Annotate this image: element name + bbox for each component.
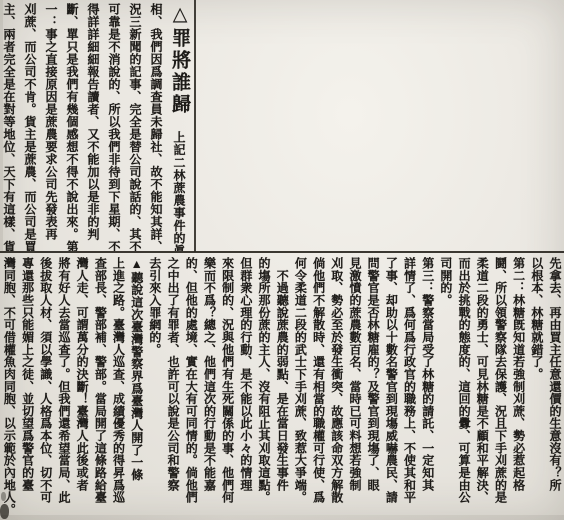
article-opening-text: 上記二林蔗農事件的眞 xyxy=(172,131,186,251)
text-column: 詳情了、爲何爲行政官的職務上、不使其和平 xyxy=(400,257,418,518)
text-column: 上進之路。臺灣人巡查、成績優秀的得昇爲巡 xyxy=(109,257,127,518)
text-column: 的塲所那份蔗的主人、沒有阻止其刈取這點。 xyxy=(255,257,273,518)
text-column: ▲聽說這次臺灣警察界爲臺灣人開了一條 xyxy=(128,257,146,518)
text-column: 問警官是否林糖雇的？及警官到現塲了、眼 xyxy=(364,257,382,518)
top-article-block: △罪將誰歸上記二林蔗農事件的眞 相、我們因爲調查員未歸社、故不能知其詳、況三新聞… xyxy=(2,3,192,251)
horizontal-divider-rule xyxy=(0,251,564,253)
vertical-divider-rule xyxy=(194,0,196,252)
article-title: △罪將誰歸 xyxy=(169,3,190,116)
text-column: 灣人走、可謂萬分的決斷！臺灣人此後或者 xyxy=(73,257,91,518)
text-column: 相、我們因爲調查員未歸社、故不能知其詳、 xyxy=(145,3,166,251)
scan-smudge xyxy=(1,492,6,501)
text-column: 何令柔道二段的武士下手刈蔗、致惹大爭端。 xyxy=(291,257,309,518)
text-column: 不過聽說蔗農的弱點、是在當日發生事件 xyxy=(273,257,291,518)
text-column: 倘他們不解散時、還有相當的職權可行使、爲 xyxy=(309,257,327,518)
text-column: 先拿去、再由買主任意還價的生意沒有？所 xyxy=(546,257,564,518)
text-column: 斷、單只是我們有幾個感想不得不說出來。第 xyxy=(61,3,82,251)
text-column: 去引來入罪網的。 xyxy=(146,257,164,518)
text-column: 司開的。 xyxy=(437,257,455,518)
bottom-article-block: 先拿去、再由買主任意還價的生意沒有？所以根本、林糖就錯了。第二：林糖旣知道若強制… xyxy=(0,257,564,518)
text-column: 將有好人去當巡查了。但我們還希望當局、此 xyxy=(55,257,73,518)
scan-edge-shadow xyxy=(0,0,3,252)
text-column: 灣同胞、不可借權魚肉同胞、以示範於內地人。 xyxy=(0,257,18,518)
text-column: 了事、却助以十數名警官到現塲威嚇農民、請 xyxy=(382,257,400,518)
newspaper-clipping: △罪將誰歸上記二林蔗農事件的眞 相、我們因爲調查員未歸社、故不能知其詳、況三新聞… xyxy=(0,0,564,520)
text-column: 第二：林糖旣知道若強制刈蔗、勢必惹起格 xyxy=(509,257,527,518)
text-column: 可靠是不消說的、所以我們非待到下星期、不 xyxy=(103,3,124,251)
text-column: 的、但他的處境、實在大有可同情的。倘他們 xyxy=(182,257,200,518)
text-column: 鬪、所以領警察隊去保護、況且下手刈蔗的是 xyxy=(491,257,509,518)
text-column: 樂而不爲？總之、他們這次的行動是不能嘉 xyxy=(200,257,218,518)
text-column: 一：事之直接原因是蔗農要求公司先發表再 xyxy=(40,3,61,251)
text-column: 刈蔗、而公司不肯。貨主是蔗農、而公司是買 xyxy=(19,3,40,251)
text-column: 第三：警察當局受了林糖的請託、一定知其 xyxy=(419,257,437,518)
text-column: 查部長、警部補、警部。當局開了這條路給臺 xyxy=(91,257,109,518)
title-column: △罪將誰歸上記二林蔗農事件的眞 xyxy=(166,3,192,251)
scan-edge-shadow xyxy=(0,515,564,520)
text-column: 而出於挑戰的態度的、這回的釁、可算是由公 xyxy=(455,257,473,518)
text-column: 專還那些只能媚上之徒、並切望爲警官的臺 xyxy=(18,257,36,518)
text-column: 後拔取人材、須以學識、人格爲本位、切不可 xyxy=(37,257,55,518)
text-column: 以根本、林糖就錯了。 xyxy=(528,257,546,518)
text-column: 得詳詳細細報告讀者、又不能加以是非的判 xyxy=(82,3,103,251)
text-column: 但群衆心理的行動、是不能以此小々的情理 xyxy=(237,257,255,518)
text-column: 來限制的、況與他們有生死關係的事、他們何 xyxy=(218,257,236,518)
text-column: 柔道二段的勇士、可見林糖是不顧和平解決、 xyxy=(473,257,491,518)
text-column: 況三新聞的記事、完全是替公司說話的、其不 xyxy=(124,3,145,251)
text-column: 刈取、勢必至於發生衝突、故應該命双方解散 xyxy=(328,257,346,518)
scan-smudge xyxy=(0,504,9,519)
text-column: 見激憤的蔗農數百名、當時已可料想若強制 xyxy=(346,257,364,518)
text-column: 之中出了有罪者、也許可以說是公司和警察 xyxy=(164,257,182,518)
